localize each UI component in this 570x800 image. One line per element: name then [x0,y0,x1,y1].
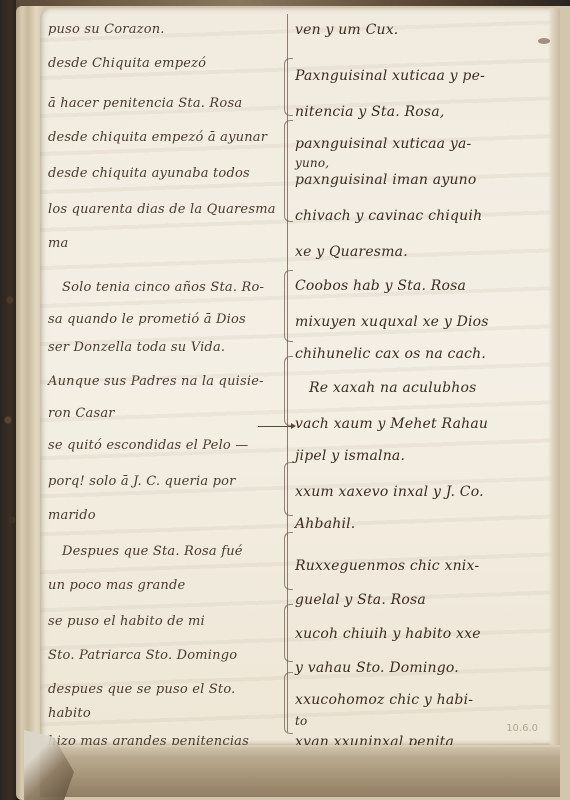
right-line: y vahau Sto. Domingo. [295,660,459,676]
left-line: porq! solo ā J. C. queria por [48,474,236,489]
right-line: Re xaxah na aculubhos [309,380,477,396]
left-line: despues que se puso el Sto. [48,682,235,697]
left-line: se puso el habito de mi [48,614,205,629]
margin-bracket [284,356,293,426]
right-line: chihunelic cax os na cach. [295,346,486,362]
right-line: xxucohomoz chic y habi- [295,692,473,708]
left-line: Despues que Sta. Rosa fué [62,544,243,559]
left-line: un poco mas grande [48,578,185,593]
margin-bracket [284,58,293,116]
margin-bracket [284,532,293,590]
margin-bracket [284,604,293,662]
margin-bracket [284,120,293,222]
right-line: to [295,714,307,728]
left-line: ā hacer penitencia Sta. Rosa [48,96,242,111]
left-line: sa quando le prometió ā Dios [48,312,246,327]
left-line: desde chiquita empezó ā ayunar [48,130,267,145]
margin-bracket [284,672,293,734]
right-line: paxnguisinal iman ayuno [295,172,477,188]
left-line: Solo tenia cinco años Sta. Ro- [62,280,264,295]
right-line: yuno, [295,156,329,170]
right-line: xucoh chiuih y habito xxe [295,626,481,642]
left-line: marido [48,508,96,523]
left-line: se quitó escondidas el Pelo — [48,438,249,453]
page-right-edge [548,8,560,746]
ink-blot [538,38,550,44]
arrow-icon [258,426,294,427]
right-line: Ahbahil. [295,516,355,532]
right-line: guelal y Sta. Rosa [295,592,426,608]
left-line: ma [48,236,68,251]
right-line: chivach y cavinac chiquih [295,208,482,224]
right-line: nitencia y Sta. Rosa, [295,104,445,120]
right-line: Ruxxeguenmos chic xnix- [295,558,479,574]
right-line: paxnguisinal xuticaa ya- [295,136,471,152]
right-line: ven y um Cux. [295,22,398,38]
left-line: desde chiquita ayunaba todos [48,166,250,181]
left-line: desde Chiquita empezó [48,56,206,71]
left-line: Sto. Patriarca Sto. Domingo [48,648,237,663]
right-line: jipel y ismalna. [295,448,405,464]
left-line: los quarenta dias de la Quaresma [48,202,276,217]
left-line: Aunque sus Padres na la quisie- [48,374,264,389]
right-line: vach xaum y Mehet Rahau [295,416,488,432]
manuscript-page: puso su Corazon. desde Chiquita empezó ā… [40,8,560,746]
right-line: xxum xaxevo inxal y J. Co. [295,484,484,500]
page-stack-bottom-edge [40,745,560,797]
right-line: xe y Quaresma. [295,244,408,260]
right-line: mixuyen xuquxal xe y Dios [295,314,489,330]
margin-bracket [284,462,293,516]
left-line: ser Donzella toda su Vida. [48,340,225,355]
right-line: Paxnguisinal xuticaa y pe- [295,68,485,84]
faint-folio-number: 10.6.0 [506,723,538,734]
right-line: Coobos hab y Sta. Rosa [295,278,466,294]
left-line: puso su Corazon. [48,22,165,37]
left-line: ron Casar [48,406,115,421]
left-line: habito [48,706,91,721]
margin-bracket [284,270,293,342]
